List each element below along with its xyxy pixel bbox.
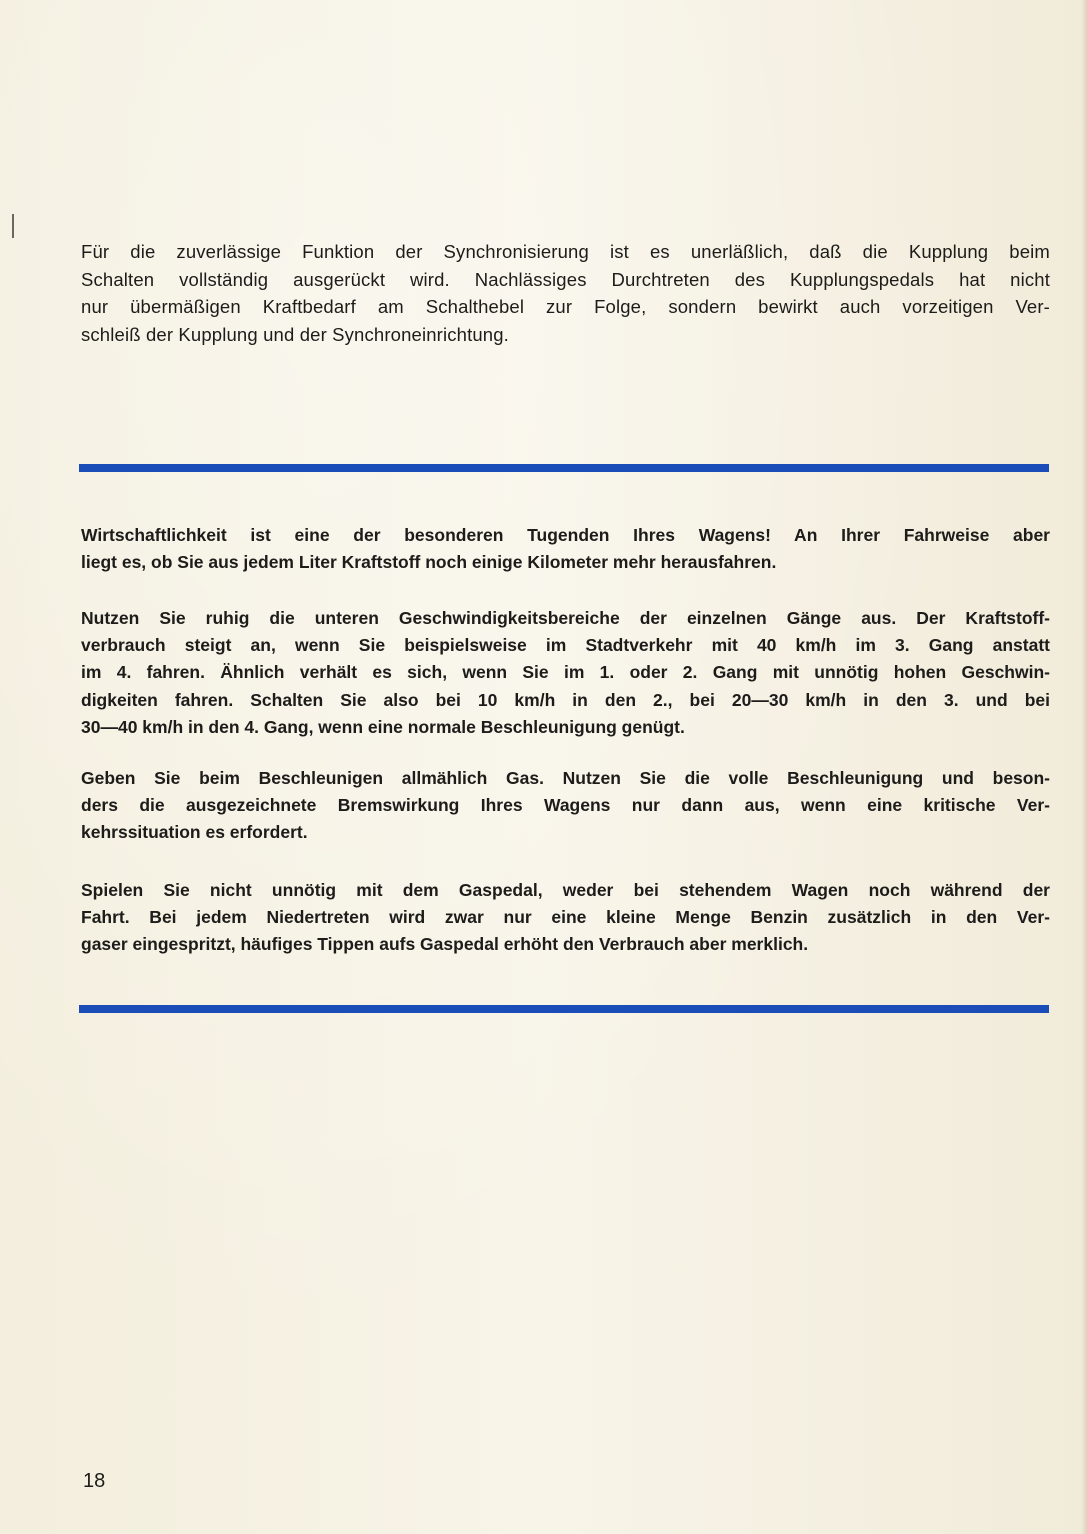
- text-line: ders die ausgezeichnete Bremswirkung Ihr…: [81, 792, 1050, 819]
- section-divider: [79, 1005, 1049, 1013]
- text-line: kehrssituation es erfordert.: [81, 819, 1050, 846]
- text-line: liegt es, ob Sie aus jedem Liter Kraftst…: [81, 549, 1050, 576]
- section-divider: [79, 464, 1049, 472]
- text-line: Nutzen Sie ruhig die unteren Geschwindig…: [81, 605, 1050, 632]
- text-line: Schalten vollständig ausgerückt wird. Na…: [81, 266, 1050, 294]
- text-line: 30—40 km/h in den 4. Gang, wenn eine nor…: [81, 714, 1050, 741]
- page-number: 18: [83, 1470, 105, 1493]
- text-line: Wirtschaftlichkeit ist eine der besonder…: [81, 522, 1050, 549]
- paragraph-synchronisation: Für die zuverlässige Funktion der Synchr…: [81, 238, 1050, 348]
- text-line: im 4. fahren. Ähnlich verhält es sich, w…: [81, 659, 1050, 686]
- paragraph-acceleration: Geben Sie beim Beschleunigen allmählich …: [81, 765, 1050, 847]
- text-line: Fahrt. Bei jedem Niedertreten wird zwar …: [81, 904, 1050, 931]
- text-line: schleiß der Kupplung und der Synchronein…: [81, 321, 1050, 349]
- text-line: Spielen Sie nicht unnötig mit dem Gasped…: [81, 877, 1050, 904]
- text-line: digkeiten fahren. Schalten Sie also bei …: [81, 687, 1050, 714]
- paragraph-economy-intro: Wirtschaftlichkeit ist eine der besonder…: [81, 522, 1050, 576]
- text-line: Für die zuverlässige Funktion der Synchr…: [81, 238, 1050, 266]
- paragraph-gas-pedal: Spielen Sie nicht unnötig mit dem Gasped…: [81, 877, 1050, 959]
- text-line: Geben Sie beim Beschleunigen allmählich …: [81, 765, 1050, 792]
- paragraph-gears: Nutzen Sie ruhig die unteren Geschwindig…: [81, 605, 1050, 741]
- manual-page: Für die zuverlässige Funktion der Synchr…: [0, 0, 1087, 1534]
- page-edge-shadow: [1081, 0, 1087, 1534]
- text-line: gaser eingespritzt, häufiges Tippen aufs…: [81, 931, 1050, 958]
- binding-mark: [12, 214, 14, 238]
- text-line: verbrauch steigt an, wenn Sie beispielsw…: [81, 632, 1050, 659]
- text-line: nur übermäßigen Kraftbedarf am Schaltheb…: [81, 293, 1050, 321]
